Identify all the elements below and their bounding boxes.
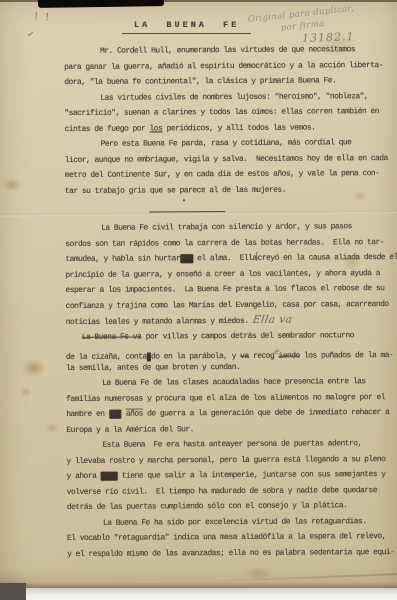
typed-text-segment: noticias leales y matando alarmas y mied… [66, 317, 249, 327]
pencil-corner-marks: ! ! [34, 11, 52, 23]
typed-text-segment: creyó en la causa aliada desde el [258, 253, 397, 263]
typed-text-segment: los puñados de la ma- [300, 351, 394, 361]
typed-text-segment: esperar a los impacientes. La Buena Fe p… [65, 284, 384, 295]
typed-text-segment: sordos son tan rápidos como la carrera d… [65, 238, 384, 249]
typed-text-segment: La Buena Fe ha sido por excelencia virtu… [103, 517, 367, 528]
typed-text-segment: de guerra a la generación que debe de in… [143, 408, 390, 419]
typed-line: hambre en dos años de guerra a la genera… [66, 405, 394, 423]
typed-text-segment: dora, "la buena fe continental", la clás… [64, 76, 336, 87]
typed-text-segment: cintas de fuego por [64, 124, 149, 134]
typed-line: tamudea, y habla sin hurtarnos el alma. … [65, 250, 393, 268]
typed-line: La Buena Fe civil trabaja con silencio y… [65, 219, 393, 237]
typed-line: para ganar la guerra, añadió al espíritu… [64, 57, 392, 75]
typed-text-segment: licor, aunque no embriague, vigila y sal… [65, 154, 388, 165]
typed-text-segment: metro del Continente Sur, y en cada día … [65, 169, 380, 180]
overlined-text: años [126, 410, 143, 419]
typed-text-segment: Las virtudes civiles de nombres lujosos:… [100, 92, 368, 103]
underlined-text: los [150, 124, 163, 133]
typed-text: Mr. Cordell Hull, enumerando las virtude… [64, 42, 395, 562]
typed-line: confianza y trajina como las Marías del … [66, 296, 394, 314]
typed-line: La Buena Fe de las clases acaudaladas ha… [66, 374, 394, 392]
typed-text-segment: y el respaldo mismo de las avanzadas; el… [67, 547, 394, 558]
struck-text: va [240, 352, 249, 361]
document-photo: ! ! ✓ Original para duplicar, por firma … [0, 0, 397, 600]
typed-text-segment: para ganar la guerra, añadió al espíritu… [64, 61, 383, 72]
typed-text-segment: Pero esta Buena Fe parda, rasa y cotidia… [101, 138, 352, 149]
document-title: LA BUENA FE [122, 20, 251, 34]
typed-text-segment: por villas y campos detrás del sembrador… [141, 331, 354, 341]
divider-rule [149, 211, 225, 213]
typed-text-segment: Esta Buena Fe era hasta anteayer persona… [102, 439, 361, 450]
typed-text-segment: confianza y trajina como las Marías del … [66, 300, 389, 311]
typed-text-segment: Mr. Cordell Hull, enumerando las virtude… [100, 45, 355, 56]
typed-text-segment: y ahora [67, 472, 101, 481]
blotted-text: nos [180, 254, 193, 263]
typed-line: Pero esta Buena Fe parda, rasa y cotidia… [65, 135, 393, 153]
typed-text-segment: periódicos, y allí todos las vemos. [162, 123, 315, 133]
handwritten-insertion: Ella va [251, 313, 293, 329]
typed-text-segment: principio de la guerra, y enseñó a creer… [65, 269, 380, 280]
section-divider [65, 197, 393, 221]
typed-text-segment: la semilla, antes de que broten y cundan… [66, 362, 240, 372]
typed-line: "sacrificio", suenan a clarines y todos … [64, 104, 392, 122]
typed-text-segment: tamudea, y habla sin hurtar [65, 254, 180, 264]
typed-text-segment: familias numerosas y procura que el alza… [66, 393, 385, 404]
photo-background-corner [0, 583, 26, 600]
typed-text-segment: recog [249, 352, 275, 361]
typed-text-segment: detrás de las puertas cumpliendo sólo co… [67, 501, 348, 512]
typed-line: de la cizaña, contando en la parábola, y… [66, 343, 394, 361]
typed-text-segment: volverse río civil. El tiempo ha madurad… [67, 486, 377, 497]
typed-line: El vocablo "retaguardia" indica una masa… [67, 529, 395, 547]
typed-text-segment: La Buena Fe de las clases acaudaladas ha… [102, 377, 366, 388]
blotted-text: ella [101, 472, 118, 481]
divider-dot [183, 199, 185, 201]
typed-text-segment: tiene que salir a la intemperie, juntars… [118, 470, 386, 481]
blotted-text: dos [109, 410, 122, 419]
typed-line: y el respaldo mismo de las avanzadas; el… [67, 544, 395, 562]
typed-line: y ahora ella tiene que salir a la intemp… [67, 467, 395, 485]
struck-text: iendo [278, 352, 299, 361]
typed-text-segment: el alma. Ella [193, 254, 257, 263]
typed-line: esperar a los impacientes. La Buena Fe p… [65, 281, 393, 299]
table-surface [0, 588, 397, 600]
typed-text-segment: Europa y a la América del Sur. [66, 425, 194, 435]
typed-text-segment: "sacrificio", suenan a clarines y todos … [64, 107, 379, 118]
typed-line: Mr. Cordell Hull, enumerando las virtude… [64, 42, 392, 60]
typed-text-segment: hambre en [66, 410, 109, 419]
struck-text: La Buena Fe va [82, 332, 142, 341]
typed-text-segment: El vocablo "retaguardia" indica una masa… [67, 532, 386, 543]
typed-text-segment: y llevaba rostro y marcha personal, pero… [67, 455, 386, 466]
typed-line: detrás de las puertas cumpliendo sólo co… [67, 498, 395, 516]
typed-text-segment: tar su trabajo gris que se parece al de … [65, 185, 286, 195]
typed-line: Esta Buena Fe era hasta anteayer persona… [66, 436, 394, 454]
typed-text-segment: La Buena Fe civil trabaja con silencio y… [101, 222, 352, 233]
pencil-check-mark: ✓ [26, 30, 35, 41]
typed-line: metro del Continente Sur, y en cada día … [65, 166, 393, 184]
